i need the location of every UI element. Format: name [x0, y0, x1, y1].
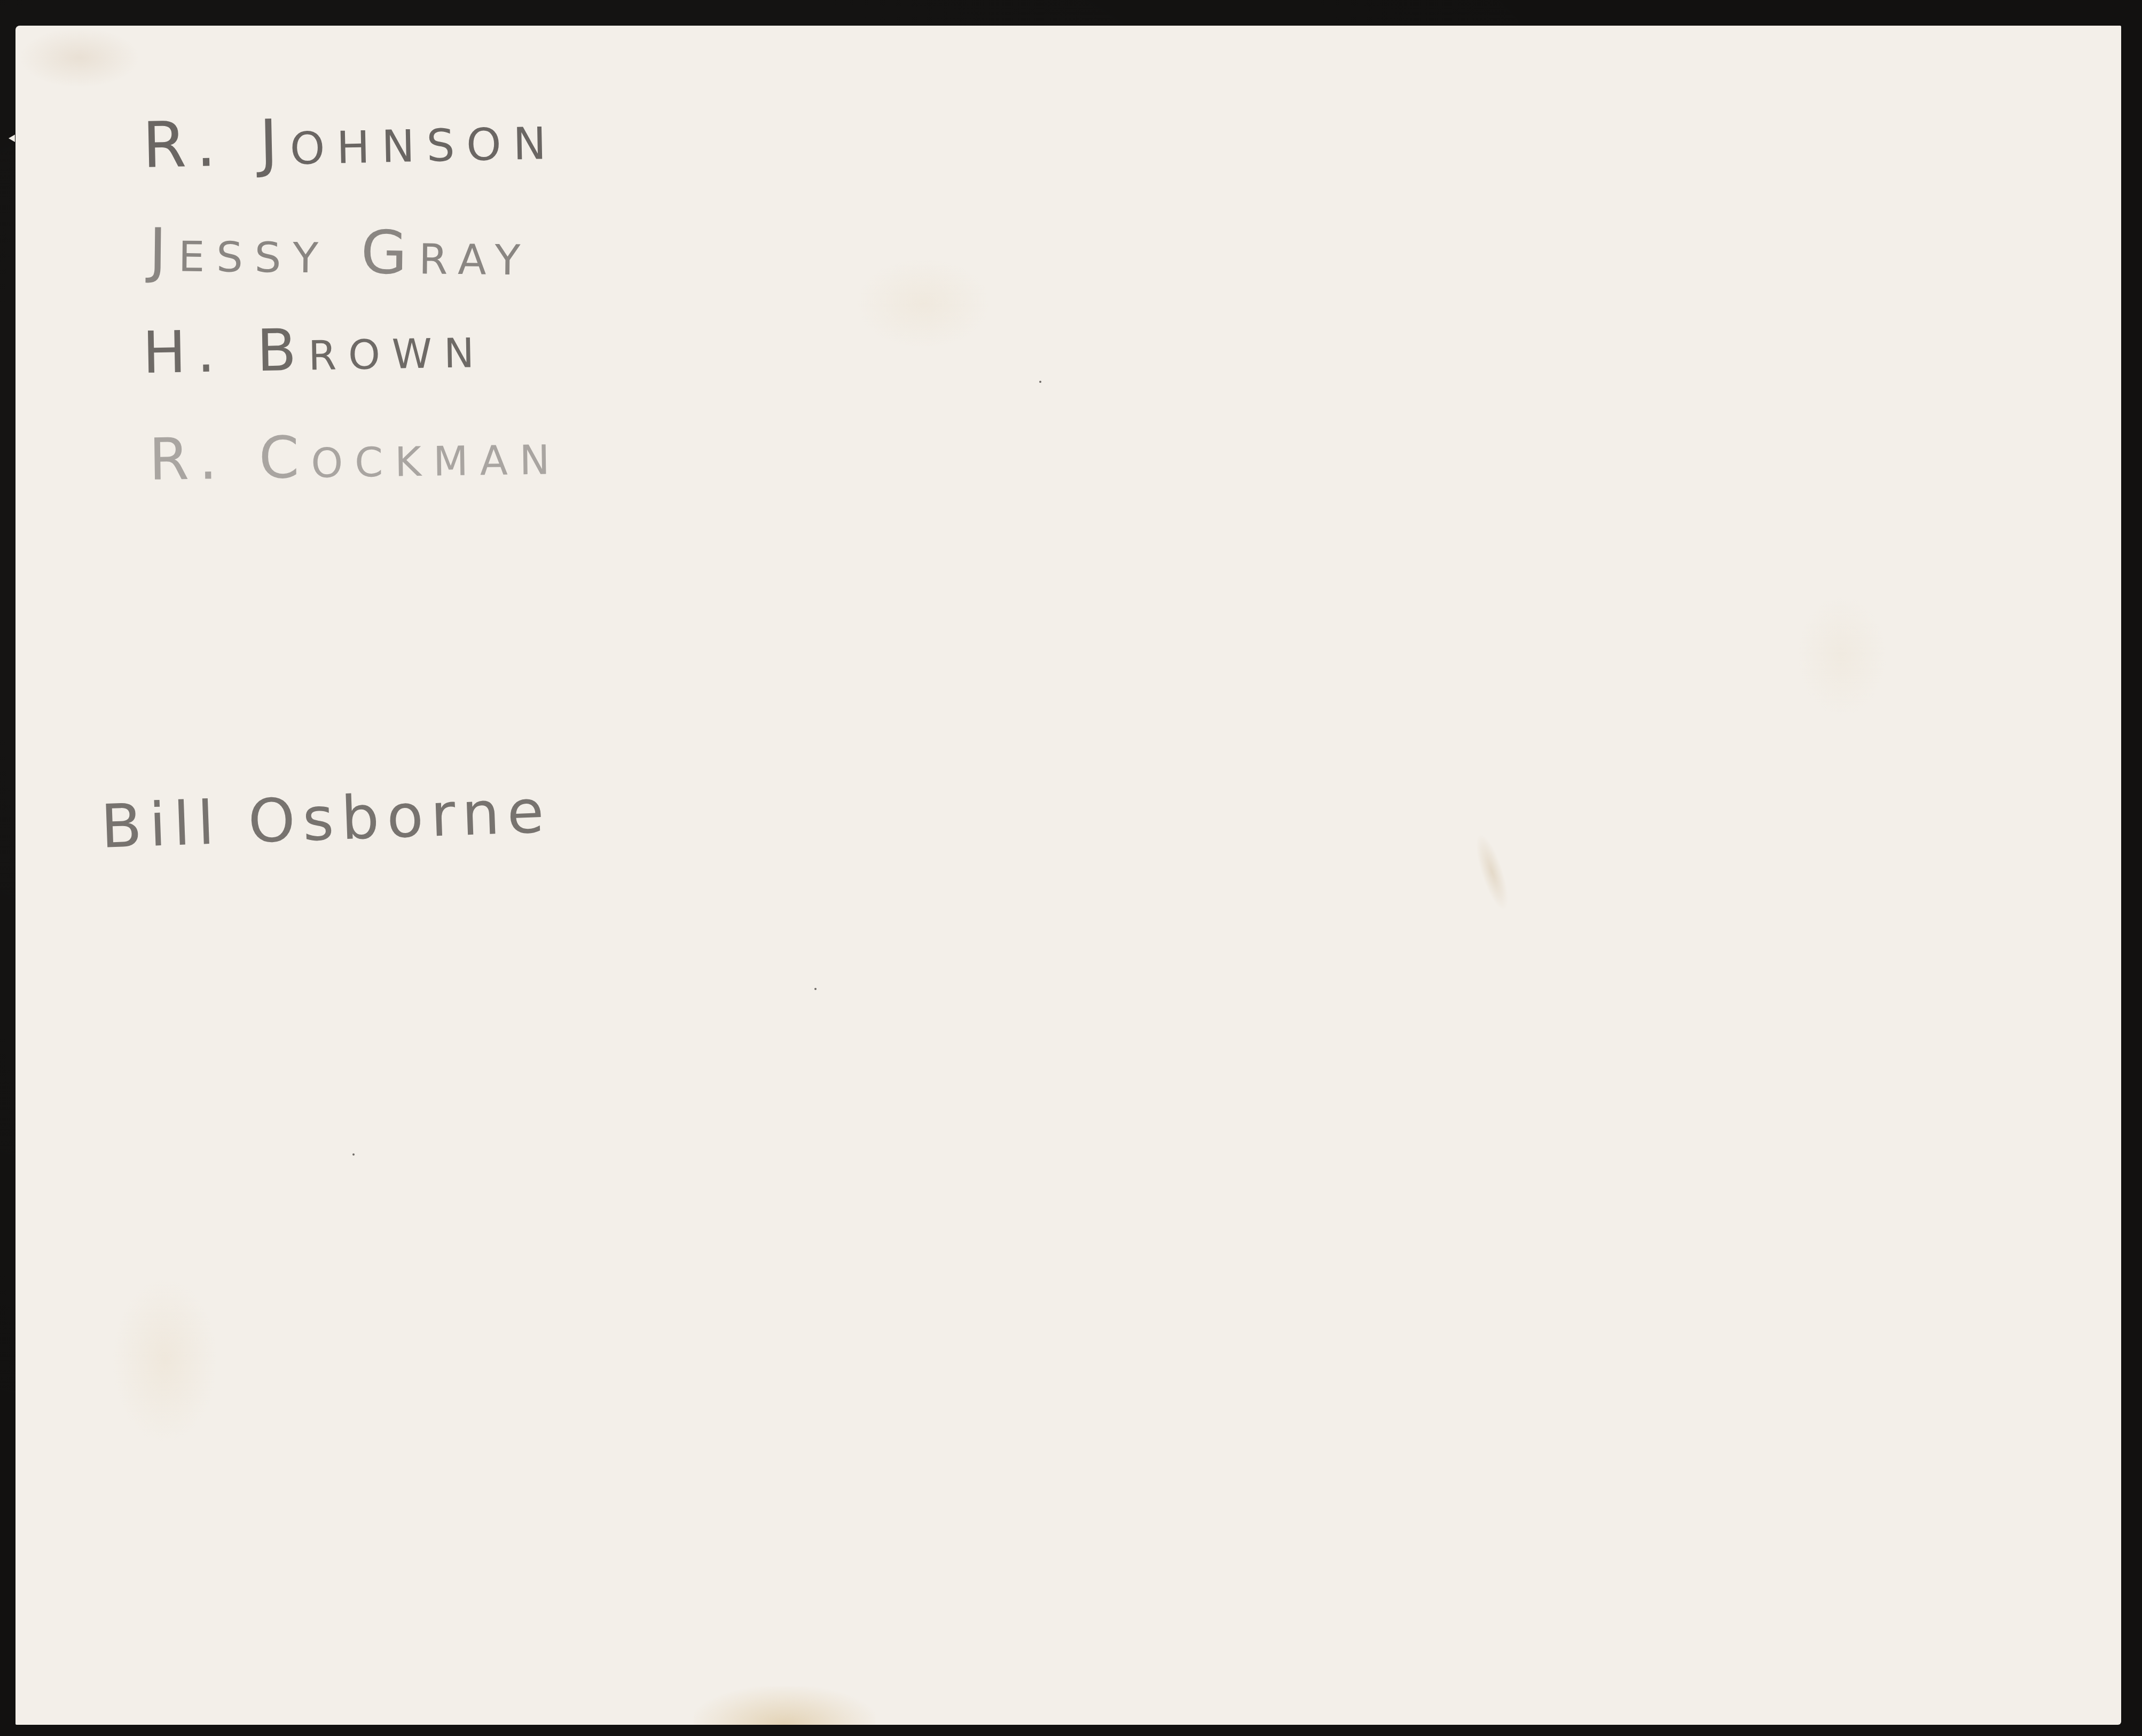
stain-mid-right	[1470, 830, 1515, 913]
handwritten-name-cockman: R. Cockman	[148, 426, 562, 489]
handwritten-name-gray: Jessy Gray	[148, 221, 532, 285]
speck	[814, 988, 817, 990]
speck	[352, 1153, 355, 1156]
speck	[1039, 381, 1041, 383]
paper-edge-notch	[9, 135, 15, 142]
handwritten-name-brown: H. Brown	[142, 319, 486, 382]
stain-bottom-edge	[694, 1686, 875, 1725]
photo-back-card: R. Johnson Jessy Gray H. Brown R. Cockma…	[15, 26, 2121, 1725]
scan-background: R. Johnson Jessy Gray H. Brown R. Cockma…	[0, 0, 2142, 1736]
handwritten-name-johnson: R. Johnson	[142, 105, 559, 177]
handwritten-signature-osborne: Bill Osborne	[100, 782, 552, 857]
